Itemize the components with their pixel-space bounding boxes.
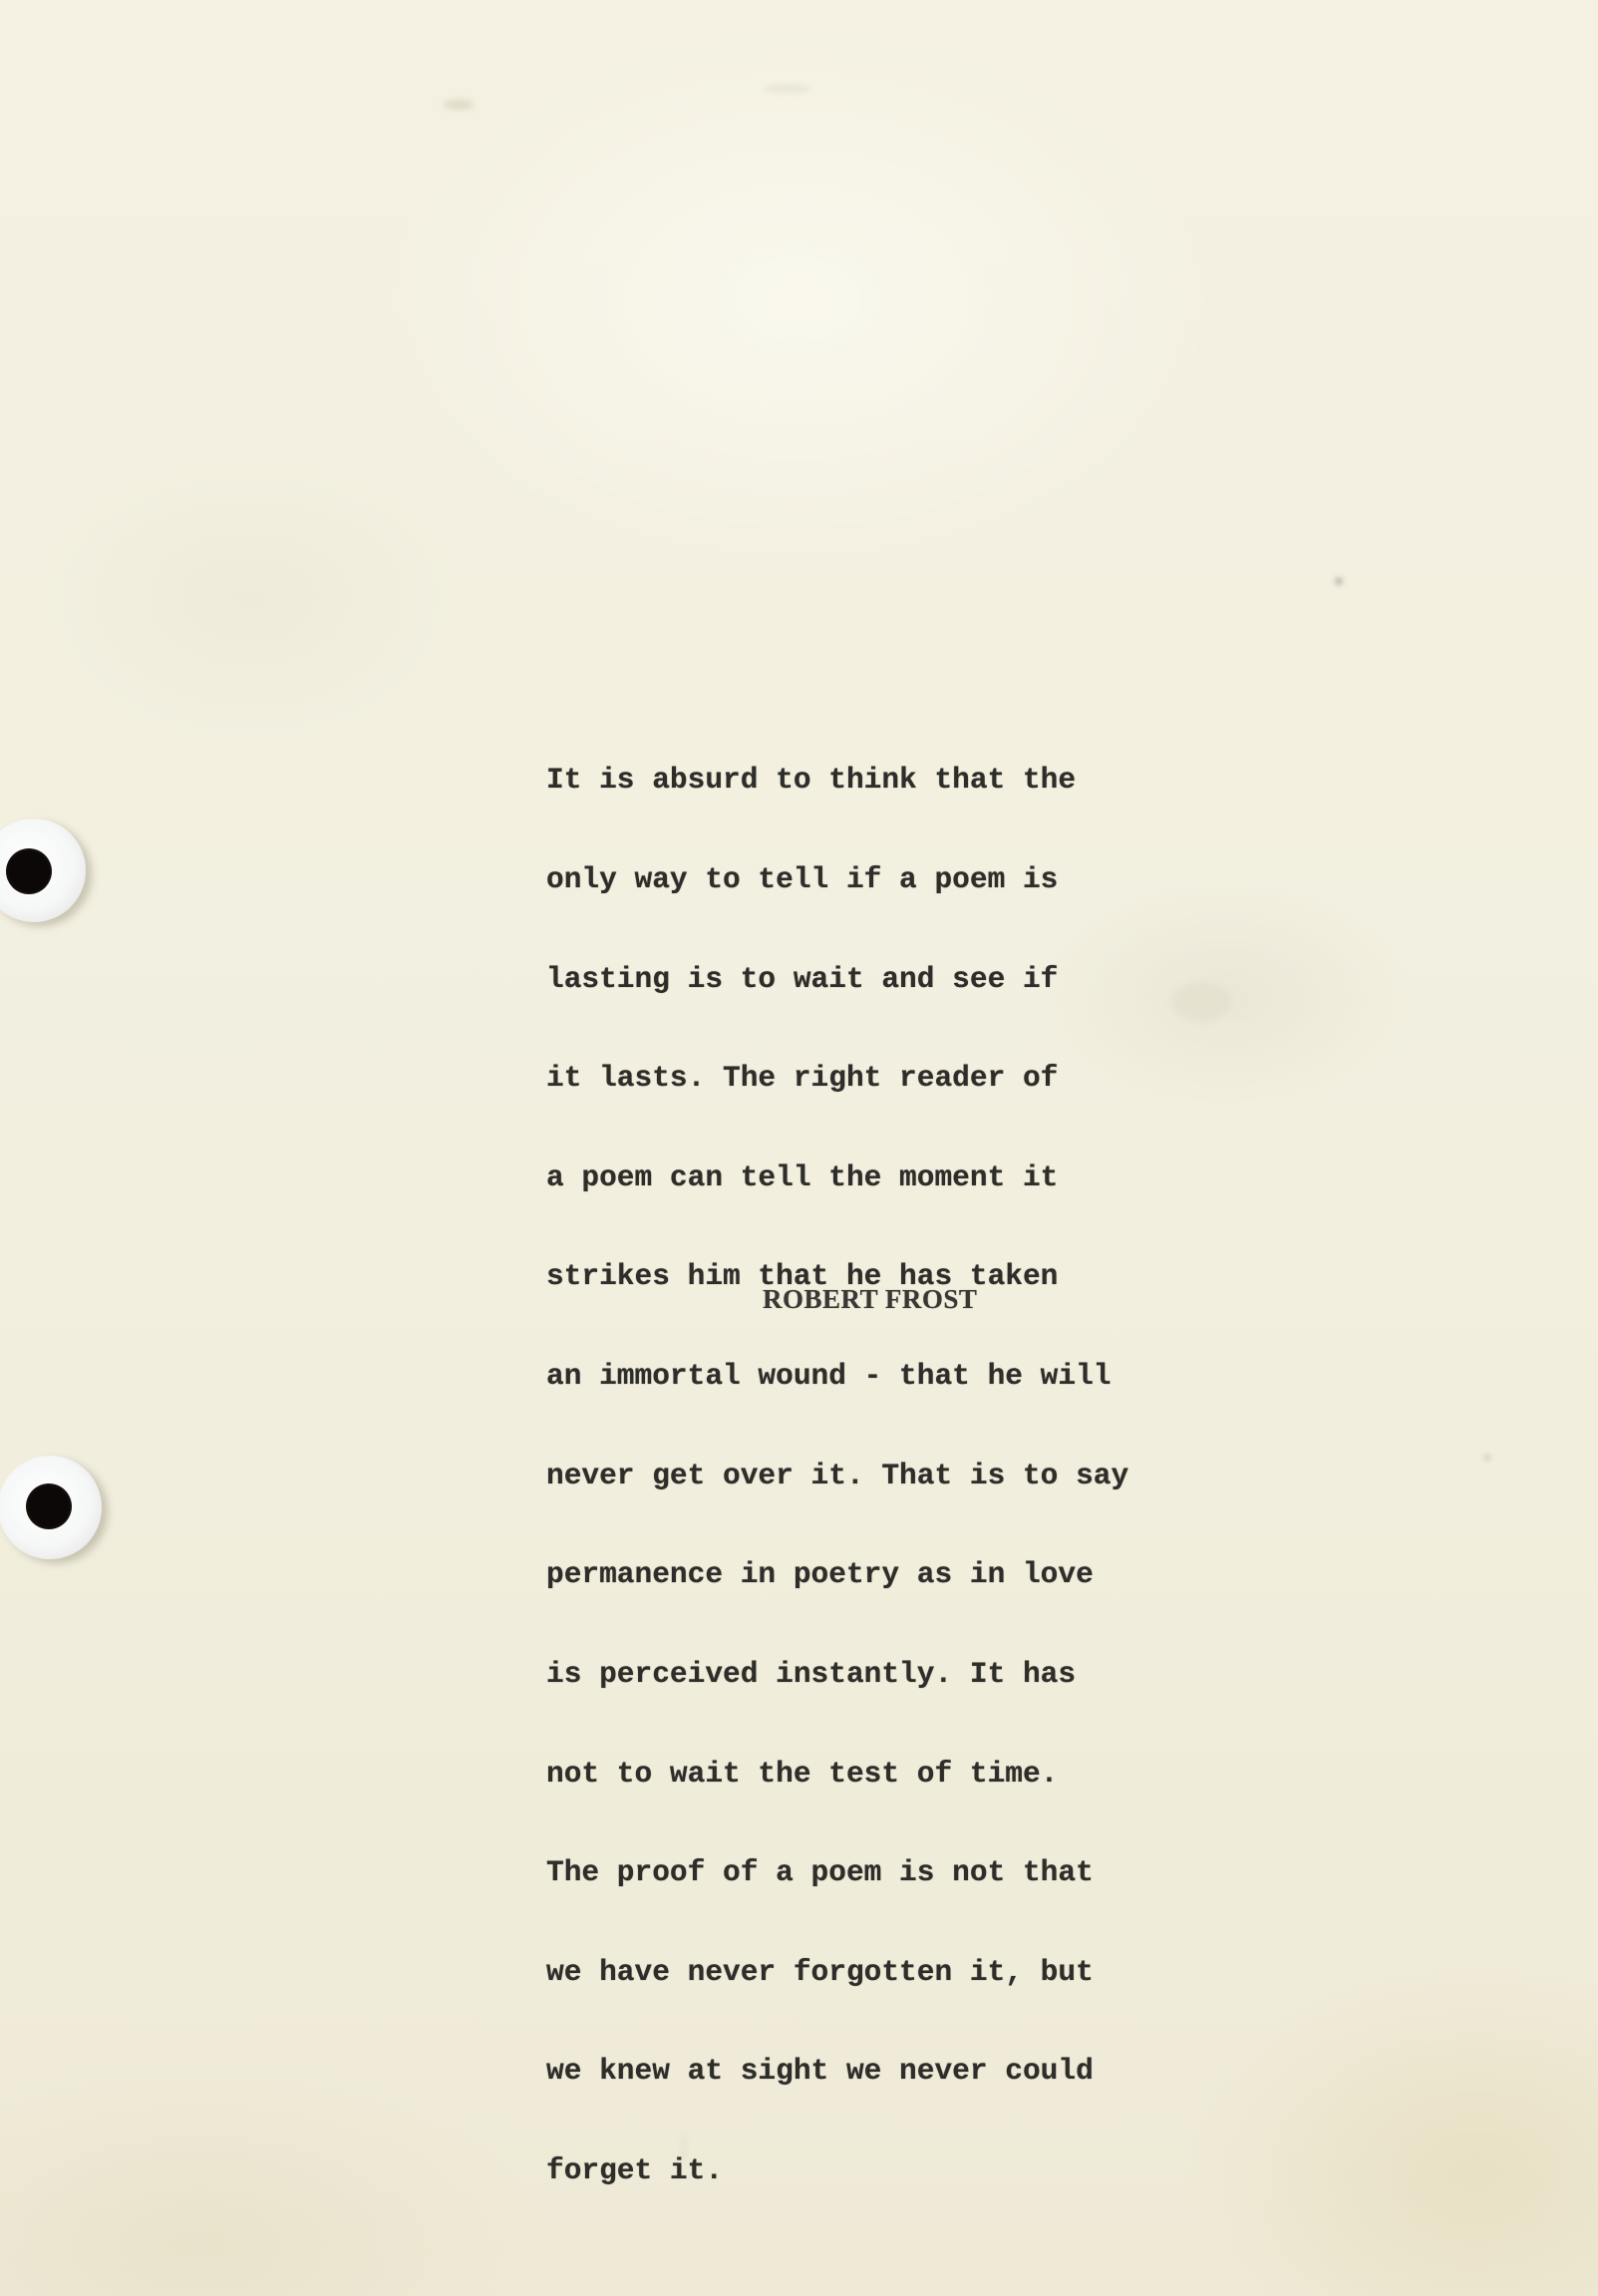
quote-line: forget it. (546, 2154, 1128, 2187)
paper-stain (1171, 982, 1231, 1022)
quote-line: an immortal wound - that he will (546, 1360, 1128, 1393)
paper-stain (1336, 578, 1342, 584)
quote-line: only way to tell if a poem is (546, 863, 1128, 896)
quotation-text: It is absurd to think that the only way … (546, 698, 1128, 2220)
paper-stain (444, 100, 474, 110)
quote-line: we have never forgotten it, but (546, 1956, 1128, 1989)
paper-stain (1485, 1456, 1489, 1460)
paper-stain (763, 85, 812, 93)
quote-line: it lasts. The right reader of (546, 1062, 1128, 1095)
quote-line: never get over it. That is to say (546, 1460, 1128, 1492)
quote-line: is perceived instantly. It has (546, 1658, 1128, 1691)
quote-line: not to wait the test of time. (546, 1758, 1128, 1791)
punch-hole (26, 1483, 72, 1529)
quote-line: It is absurd to think that the (546, 764, 1128, 797)
quote-line: a poem can tell the moment it (546, 1161, 1128, 1194)
quote-line: The proof of a poem is not that (546, 1856, 1128, 1889)
author-attribution: ROBERT FROST (763, 1284, 977, 1315)
punch-hole (6, 848, 52, 894)
punch-hole-reinforcement-ring (0, 1456, 102, 1559)
quote-line: we knew at sight we never could (546, 2055, 1128, 2088)
quote-line: permanence in poetry as in love (546, 1558, 1128, 1591)
quote-line: lasting is to wait and see if (546, 963, 1128, 996)
